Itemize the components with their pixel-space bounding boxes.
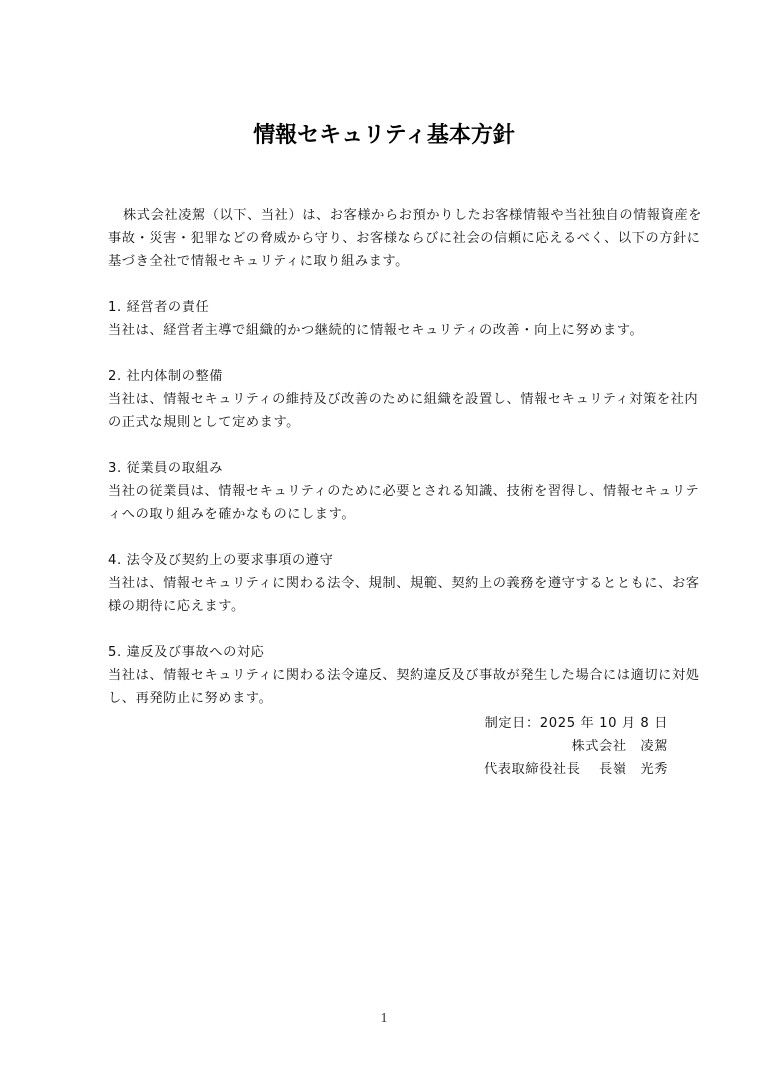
- document-body: 株式会社凌駕（以下、当社）は、お客様からお預かりしたお客様情報や当社独自の情報資…: [108, 204, 670, 710]
- representative-name: 代表取締役社長 長嶺 光秀: [484, 758, 668, 781]
- section-text: の正式な規則として定めます。: [108, 411, 670, 434]
- section-1: 1. 経営者の責任 当社は、経営者主導で組織的かつ継続的に情報セキュリティの改善…: [108, 296, 670, 342]
- section-text: し、再発防止に努めます。: [108, 687, 670, 710]
- section-text: ィへの取り組みを確かなものにします。: [108, 503, 670, 526]
- section-3: 3. 従業員の取組み 当社の従業員は、情報セキュリティのために必要とされる知識、…: [108, 457, 670, 526]
- intro-line: 事故・災害・犯罪などの脅威から守り、お客様ならびに社会の信頼に応えるべく、以下の…: [108, 227, 670, 250]
- section-5: 5. 違反及び事故への対応 当社は、情報セキュリティに関わる法令違反、契約違反及…: [108, 641, 670, 710]
- company-name: 株式会社 凌駕: [484, 735, 668, 758]
- section-heading: 1. 経営者の責任: [108, 296, 670, 319]
- section-heading: 4. 法令及び契約上の要求事項の遵守: [108, 549, 670, 572]
- section-text: 当社は、情報セキュリティに関わる法令、規制、規範、契約上の義務を遵守するとともに…: [108, 572, 670, 595]
- section-text: 当社は、情報セキュリティに関わる法令違反、契約違反及び事故が発生した場合には適切…: [108, 664, 670, 687]
- section-heading: 2. 社内体制の整備: [108, 365, 670, 388]
- intro-line: 基づき全社で情報セキュリティに取り組みます。: [108, 250, 670, 273]
- page-number: 1: [0, 1011, 768, 1027]
- spacer: [108, 342, 670, 365]
- section-text: 当社の従業員は、情報セキュリティのために必要とされる知識、技術を習得し、情報セキ…: [108, 480, 670, 503]
- spacer: [108, 434, 670, 457]
- intro-line: 株式会社凌駕（以下、当社）は、お客様からお預かりしたお客様情報や当社独自の情報資…: [108, 204, 670, 227]
- enactment-date: 制定日：2025 年 10 月 8 日: [484, 712, 668, 735]
- document-page: 情報セキュリティ基本方針 株式会社凌駕（以下、当社）は、お客様からお預かりしたお…: [0, 0, 768, 1086]
- section-2: 2. 社内体制の整備 当社は、情報セキュリティの維持及び改善のために組織を設置し…: [108, 365, 670, 434]
- spacer: [108, 618, 670, 641]
- section-4: 4. 法令及び契約上の要求事項の遵守 当社は、情報セキュリティに関わる法令、規制…: [108, 549, 670, 618]
- section-heading: 3. 従業員の取組み: [108, 457, 670, 480]
- section-text: 当社は、情報セキュリティの維持及び改善のために組織を設置し、情報セキュリティ対策…: [108, 388, 670, 411]
- section-text: 当社は、経営者主導で組織的かつ継続的に情報セキュリティの改善・向上に努めます。: [108, 319, 670, 342]
- section-heading: 5. 違反及び事故への対応: [108, 641, 670, 664]
- spacer: [108, 273, 670, 296]
- section-text: 様の期待に応えます。: [108, 595, 670, 618]
- spacer: [108, 526, 670, 549]
- document-title: 情報セキュリティ基本方針: [0, 118, 768, 149]
- intro-paragraph: 株式会社凌駕（以下、当社）は、お客様からお預かりしたお客様情報や当社独自の情報資…: [108, 204, 670, 273]
- signature-block: 制定日：2025 年 10 月 8 日 株式会社 凌駕 代表取締役社長 長嶺 光…: [484, 712, 668, 781]
